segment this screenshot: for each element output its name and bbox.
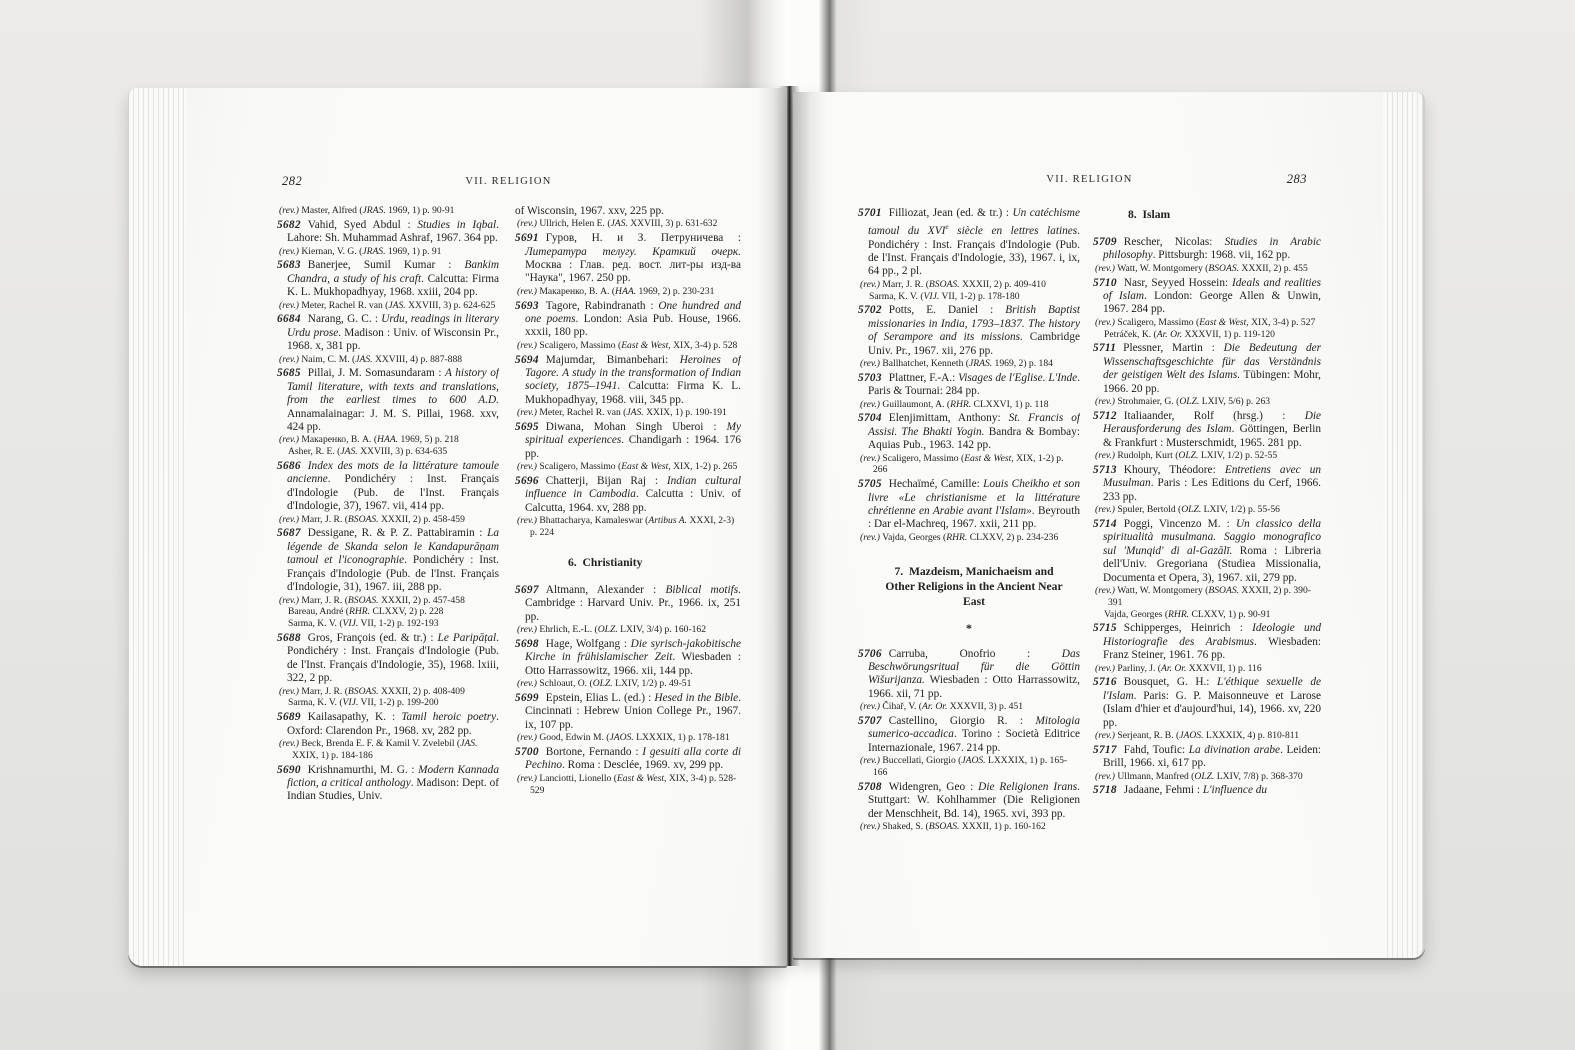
review-line: (rev.) Meter, Rachel R. van (JAS. XXVIII… — [277, 300, 499, 312]
entry-5698: 5698Hage, Wolfgang : Die syrisch-jakobit… — [515, 638, 741, 678]
review-line: (rev.) Naim, C. M. (JAS. XXVIII, 4) p. 8… — [277, 354, 499, 366]
review-line: (rev.) Watt, W. Montgomery (BSOAS. XXXII… — [1093, 585, 1321, 609]
entry-number: 5708 — [858, 781, 882, 793]
review-line: (rev.) Watt, W. Montgomery (BSOAS. XXXII… — [1093, 263, 1321, 275]
entry-number: 5682 — [277, 219, 301, 231]
entry-number: 5716 — [1093, 676, 1117, 688]
entry-number: 5691 — [515, 232, 539, 244]
entry-number: 5701 — [858, 207, 882, 219]
review-line: (rev.) Ballhatchet, Kenneth (JRAS. 1969,… — [858, 358, 1080, 370]
entry-number: 5714 — [1093, 518, 1117, 530]
entry-number: 5702 — [858, 304, 882, 316]
entry-number: 5683 — [277, 259, 301, 271]
entry-5717: 5717Fahd, Toufic: La divination arabe. L… — [1093, 744, 1321, 771]
review-line: (rev.) Макаренко, В. А. (HAA. 1969, 5) p… — [277, 434, 499, 446]
review-line: (rev.) Scaligero, Massimo (East & West, … — [515, 340, 741, 352]
review-line: (rev.) Shaked, S. (BSOAS. XXXII, 1) p. 1… — [858, 821, 1080, 833]
review-line: (rev.) Schloaut, O. (OLZ. LXIV, 1/2) p. … — [515, 678, 741, 690]
entry-5707: 5707Castellino, Giorgio R. : Mitologia s… — [858, 715, 1080, 755]
review-line: (rev.) Čihař, V. (Ar. Or. XXXVII, 3) p. … — [858, 701, 1080, 713]
entry-number: 5712 — [1093, 410, 1117, 422]
entry-5716: 5716Bousquet, G. H.: L'éthique sexuelle … — [1093, 676, 1321, 730]
review-line: Sarma, K. V. (VIJ. VII, 1-2) p. 199-200 — [277, 697, 499, 709]
entry-5690: 5690Krishnamurthi, M. G. : Modern Kannad… — [277, 764, 499, 804]
entry-number: 5688 — [277, 632, 301, 644]
entry-number: 5703 — [858, 372, 882, 384]
entry-number: 5715 — [1093, 622, 1117, 634]
entry-number: 5694 — [515, 354, 539, 366]
entry-continuation: of Wisconsin, 1967. xxv, 225 pp. — [515, 205, 741, 218]
entry-5704: 5704Elenjimittam, Anthony: St. Francis o… — [858, 412, 1080, 452]
entry-5714: 5714Poggi, Vincenzo M. : Un classico del… — [1093, 518, 1321, 585]
section-heading: 6. Christianity — [515, 555, 741, 570]
entry-5706: 5706Carruba, Onofrio : Das Beschwörungsr… — [858, 648, 1080, 702]
review-line: (rev.) Ullrich, Helen E. (JAS. XXVIII, 3… — [515, 218, 741, 230]
entry-5708: 5708Widengren, Geo : Die Religionen Iran… — [858, 781, 1080, 821]
review-line: (rev.) Kiernan, V. G. (JRAS. 1969, 1) p.… — [277, 246, 499, 258]
review-line: (rev.) Scaligero, Massimo (East & West, … — [1093, 317, 1321, 329]
entry-5695: 5695Diwana, Mohan Singh Uberoi : My spir… — [515, 421, 741, 461]
left-page: 282 VII. RELIGION (rev.) Master, Alfred … — [128, 88, 787, 966]
entry-5693: 5693Tagore, Rabindranath : One hundred a… — [515, 300, 741, 340]
text-column-right-1: 5701Filliozat, Jean (ed. & tr.) : Un cat… — [858, 205, 1080, 965]
entry-5710: 5710Nasr, Seyyed Hossein: Ideals and rea… — [1093, 277, 1321, 317]
review-line: (rev.) Rudolph, Kurt (OLZ. LXIV, 1/2) p.… — [1093, 450, 1321, 462]
entry-number: 5696 — [515, 475, 539, 487]
entry-number: 5700 — [515, 746, 539, 758]
review-line: (rev.) Marr, J. R. (BSOAS. XXXII, 2) p. … — [277, 514, 499, 526]
entry-number: 5707 — [858, 715, 882, 727]
running-head-right: VII. RELIGION — [858, 174, 1321, 185]
section-divider-star: * — [858, 621, 1080, 636]
entry-number: 5713 — [1093, 464, 1117, 476]
entry-number: 5689 — [277, 711, 301, 723]
review-line: (rev.) Buccellati, Giorgio (JAOS. LXXXIX… — [858, 755, 1080, 779]
text-column-left-2: of Wisconsin, 1967. xxv, 225 pp.(rev.) U… — [515, 205, 741, 971]
review-line: Sarma, K. V. (VIJ. VII, 1-2) p. 192-193 — [277, 618, 499, 630]
entry-number: 5706 — [858, 648, 882, 660]
review-line: (rev.) Meter, Rachel R. van (JAS. XXIX, … — [515, 407, 741, 419]
review-line: (rev.) Marr, J. R. (BSOAS. XXXII, 2) p. … — [858, 279, 1080, 291]
text-column-left-1: (rev.) Master, Alfred (JRAS. 1969, 1) p.… — [277, 205, 499, 971]
entry-5696: 5696Chatterji, Bijan Raj : Indian cultur… — [515, 475, 741, 515]
entry-6684: 6684Narang, G. C. : Urdu, readings in li… — [277, 313, 499, 353]
review-line: (rev.) Parliny, J. (Ar. Or. XXXVII, 1) p… — [1093, 663, 1321, 675]
review-line: (rev.) Ehrlich, E.-L. (OLZ. LXIV, 3/4) p… — [515, 624, 741, 636]
entry-5694: 5694Majumdar, Bimanbehari: Heroines of T… — [515, 354, 741, 408]
review-line: (rev.) Good, Edwin M. (JAOS. LXXXIX, 1) … — [515, 732, 741, 744]
entry-5697: 5697Altmann, Alexander : Biblical motifs… — [515, 584, 741, 624]
entry-number: 5693 — [515, 300, 539, 312]
entry-5715: 5715Schipperges, Heinrich : Ideologie un… — [1093, 622, 1321, 662]
entry-number: 5698 — [515, 638, 539, 650]
entry-5682: 5682Vahid, Syed Abdul : Studies in Iqbal… — [277, 219, 499, 246]
entry-5685: 5685Pillai, J. M. Somasundaram : A histo… — [277, 367, 499, 434]
review-line: (rev.) Scaligero, Massimo (East & West, … — [515, 461, 741, 473]
review-line: (rev.) Scaligero, Massimo (East & West, … — [858, 453, 1080, 477]
entry-number: 5695 — [515, 421, 539, 433]
entry-number: 5705 — [858, 478, 882, 490]
entry-number: 5718 — [1093, 784, 1117, 796]
review-line: (rev.) Макаренко, В. А. (HAA. 1969, 2) p… — [515, 286, 741, 298]
review-line: (rev.) Strohmaier, G. (OLZ. LXIV, 5/6) p… — [1093, 396, 1321, 408]
entry-5701: 5701Filliozat, Jean (ed. & tr.) : Un cat… — [858, 207, 1080, 279]
review-line: (rev.) Bhattacharya, Kamaleswar (Artibus… — [515, 515, 741, 539]
review-line: (rev.) Spuler, Bertold (OLZ. LXIV, 1/2) … — [1093, 504, 1321, 516]
review-line: Vajda, Georges (RHR. CLXXV, 1) p. 90-91 — [1093, 609, 1321, 621]
entry-number: 5699 — [515, 692, 539, 704]
entry-5713: 5713Khoury, Théodore: Entretiens avec un… — [1093, 464, 1321, 504]
section-heading: 7. Mazdeism, Manichaeism and Other Relig… — [858, 564, 1080, 609]
entry-number: 5711 — [1093, 342, 1116, 354]
book-spread-photo: 282 VII. RELIGION (rev.) Master, Alfred … — [0, 0, 1575, 1050]
entry-number: 5704 — [858, 412, 882, 424]
text-column-right-2: 8. Islam5709Rescher, Nicolas: Studies in… — [1093, 205, 1321, 965]
review-line: (rev.) Beck, Brenda E. F. & Kamil V. Zve… — [277, 738, 499, 762]
review-line: Petráček, K. (Ar. Or. XXXVII, 1) p. 119-… — [1093, 329, 1321, 341]
entry-number: 5717 — [1093, 744, 1117, 756]
review-line: (rev.) Marr, J. R. (BSOAS. XXXII, 2) p. … — [277, 686, 499, 698]
entry-5702: 5702Potts, E. Daniel : British Baptist m… — [858, 304, 1080, 358]
review-line: Asher, R. E. (JAS. XXVIII, 3) p. 634-635 — [277, 446, 499, 458]
entry-5688: 5688Gros, François (ed. & tr.) : Le Pari… — [277, 632, 499, 686]
entry-number: 5690 — [277, 764, 301, 776]
entry-5711: 5711Plessner, Martin : Die Bedeutung der… — [1093, 342, 1321, 396]
entry-number: 5686 — [277, 460, 301, 472]
page-edge-stack-right — [1383, 92, 1425, 958]
entry-5712: 5712Italiaander, Rolf (hrsg.) : Die Hera… — [1093, 410, 1321, 450]
entry-number: 5710 — [1093, 277, 1117, 289]
entry-5686: 5686Index des mots de la littérature tam… — [277, 460, 499, 514]
review-line: (rev.) Master, Alfred (JRAS. 1969, 1) p.… — [277, 205, 499, 217]
review-line: (rev.) Guillaumont, A. (RHR. CLXXVI, 1) … — [858, 399, 1080, 411]
entry-5700: 5700Bortone, Fernando : I gesuiti alla c… — [515, 746, 741, 773]
entry-5699: 5699Epstein, Elias L. (ed.) : Hesed in t… — [515, 692, 741, 732]
entry-5691: 5691Гуров, Н. и З. Петруничева : Литерат… — [515, 232, 741, 286]
entry-5709: 5709Rescher, Nicolas: Studies in Arabic … — [1093, 236, 1321, 263]
review-line: Bareau, André (RHR. CLXXV, 2) p. 228 — [277, 606, 499, 618]
review-line: (rev.) Ullmann, Manfred (OLZ. LXIV, 7/8)… — [1093, 771, 1321, 783]
entry-number: 5687 — [277, 527, 301, 539]
entry-5687: 5687Dessigane, R. & P. Z. Pattabiramin :… — [277, 527, 499, 594]
running-head-left: VII. RELIGION — [277, 176, 740, 187]
page-edge-stack-left — [128, 88, 187, 966]
right-page: VII. RELIGION 283 5701Filliozat, Jean (e… — [793, 92, 1425, 958]
entry-5703: 5703Plattner, F.-A.: Visages de l'Eglise… — [858, 372, 1080, 399]
entry-number: 5709 — [1093, 236, 1117, 248]
review-line: Sarma, K. V. (VIJ. VII, 1-2) p. 178-180 — [858, 291, 1080, 303]
section-heading: 8. Islam — [1093, 207, 1321, 222]
review-line: (rev.) Marr, J. R. (BSOAS. XXXII, 2) p. … — [277, 595, 499, 607]
review-line: (rev.) Vajda, Georges (RHR. CLXXV, 2) p.… — [858, 532, 1080, 544]
entry-5718: 5718Jadaane, Fehmi : L'influence du — [1093, 784, 1321, 797]
entry-number: 6684 — [277, 313, 301, 325]
entry-number: 5697 — [515, 584, 539, 596]
entry-5705: 5705Hechaïmé, Camille: Louis Cheikho et … — [858, 478, 1080, 532]
entry-5689: 5689Kailasapathy, K. : Tamil heroic poet… — [277, 711, 499, 738]
page-number-right: 283 — [1287, 172, 1307, 187]
entry-5683: 5683Banerjee, Sumil Kumar : Bankim Chand… — [277, 259, 499, 299]
review-line: (rev.) Serjeant, R. B. (JAOS. LXXXIX, 4)… — [1093, 730, 1321, 742]
entry-number: 5685 — [277, 367, 301, 379]
review-line: (rev.) Lanciotti, Lionello (East & West,… — [515, 773, 741, 797]
